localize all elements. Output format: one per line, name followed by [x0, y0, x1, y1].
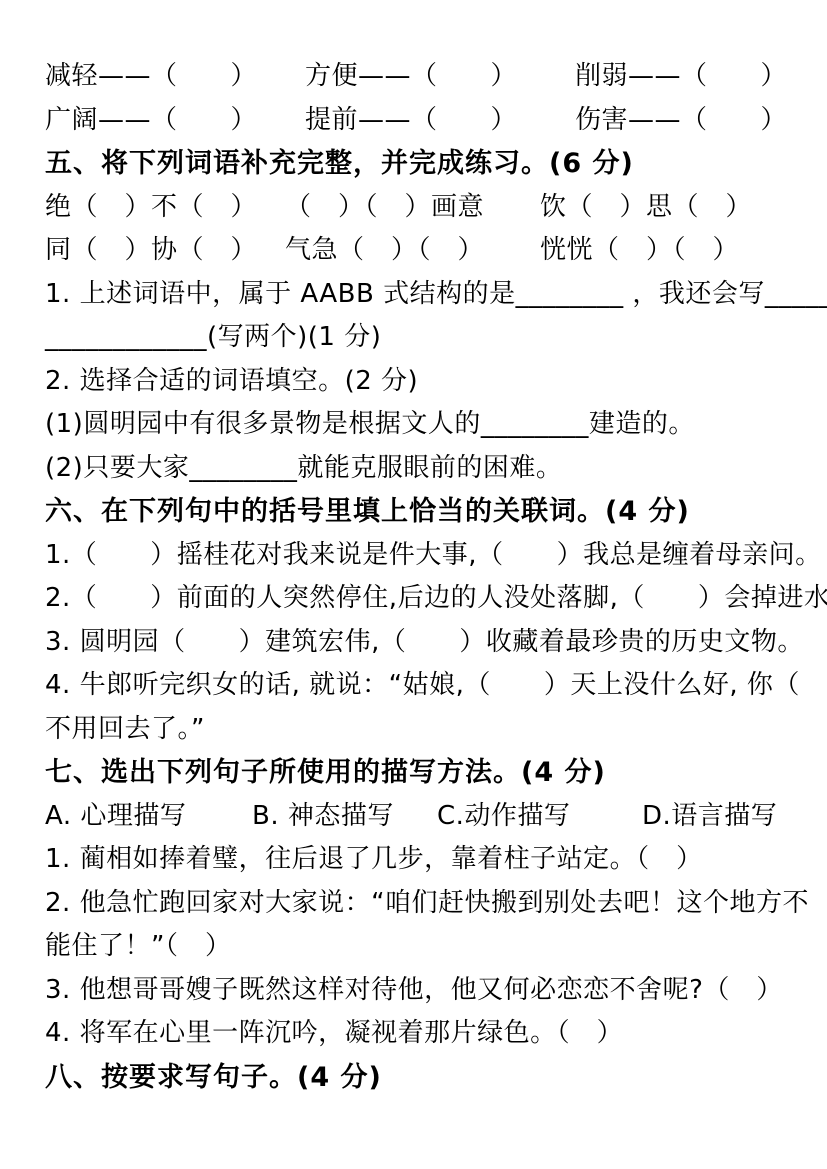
word-cell: 绝（ ）不（ ）: [45, 186, 285, 230]
pair-row: 广阔——（ ） 提前——（ ） 伤害——（ ）: [45, 99, 821, 143]
word-cell: （ ）（ ）画意: [285, 186, 540, 230]
question-line: (2)只要大家________就能克服眼前的困难。: [45, 447, 821, 491]
question-line: 2. 选择合适的词语填空。(2 分): [45, 360, 821, 404]
sentence-line: 不用回去了。”: [45, 708, 821, 752]
section-seven-title: 七、选出下列句子所使用的描写方法。(4 分): [45, 751, 821, 795]
question-line: ____________(写两个)(1 分): [45, 316, 821, 360]
word-cell: 饮（ ）思（ ）: [540, 186, 752, 230]
word-completion-row: 同（ ）协（ ） 气急（ ）（ ） 恍恍（ ）（ ）: [45, 229, 821, 273]
pair-cell: 减轻——（ ）: [45, 55, 305, 99]
option-label: D.语言描写: [642, 795, 777, 839]
pair-cell: 提前——（ ）: [305, 99, 575, 143]
option-label: C.动作描写: [437, 795, 642, 839]
pair-cell: 削弱——（ ）: [575, 55, 787, 99]
pair-cell: 方便——（ ）: [305, 55, 575, 99]
sentence-line: 4. 牛郎听完织女的话, 就说：“姑娘,（ ）天上没什么好, 你（ ）: [45, 664, 821, 708]
options-row: A. 心理描写 B. 神态描写 C.动作描写 D.语言描写: [45, 795, 821, 839]
pair-cell: 伤害——（ ）: [575, 99, 787, 143]
sentence-line: 2.（ ）前面的人突然停住,后边的人没处落脚,（ ）会掉进水里。: [45, 577, 821, 621]
section-six-title: 六、在下列句中的括号里填上恰当的关联词。(4 分): [45, 490, 821, 534]
pair-row: 减轻——（ ） 方便——（ ） 削弱——（ ）: [45, 55, 821, 99]
option-label: A. 心理描写: [45, 795, 252, 839]
question-line: 1. 上述词语中，属于 AABB 式结构的是________ ，我还会写____…: [45, 273, 821, 317]
section-five-title: 五、将下列词语补充完整，并完成练习。(6 分): [45, 142, 821, 186]
sentence-line: 3. 他想哥哥嫂子既然这样对待他，他又何必恋恋不舍呢?（ ）: [45, 969, 821, 1013]
sentence-line: 1.（ ）摇桂花对我来说是件大事,（ ）我总是缠着母亲问。: [45, 534, 821, 578]
pair-cell: 广阔——（ ）: [45, 99, 305, 143]
sentence-line: 能住了！”（ ）: [45, 925, 821, 969]
sentence-line: 3. 圆明园（ ）建筑宏伟,（ ）收藏着最珍贵的历史文物。: [45, 621, 821, 665]
section-eight-title: 八、按要求写句子。(4 分): [45, 1056, 821, 1100]
sentence-line: 4. 将军在心里一阵沉吟，凝视着那片绿色。（ ）: [45, 1012, 821, 1056]
test-paper-page: 减轻——（ ） 方便——（ ） 削弱——（ ） 广阔——（ ） 提前——（ ） …: [0, 0, 827, 1169]
word-cell: 同（ ）协（ ）: [45, 229, 285, 273]
word-cell: 气急（ ）（ ）: [285, 229, 540, 273]
question-line: (1)圆明园中有很多景物是根据文人的________建造的。: [45, 403, 821, 447]
word-completion-row: 绝（ ）不（ ） （ ）（ ）画意 饮（ ）思（ ）: [45, 186, 821, 230]
sentence-line: 1. 蔺相如捧着璧，往后退了几步，靠着柱子站定。（ ）: [45, 838, 821, 882]
word-cell: 恍恍（ ）（ ）: [540, 229, 739, 273]
sentence-line: 2. 他急忙跑回家对大家说：“咱们赶快搬到别处去吧！这个地方不: [45, 882, 821, 926]
option-label: B. 神态描写: [252, 795, 437, 839]
